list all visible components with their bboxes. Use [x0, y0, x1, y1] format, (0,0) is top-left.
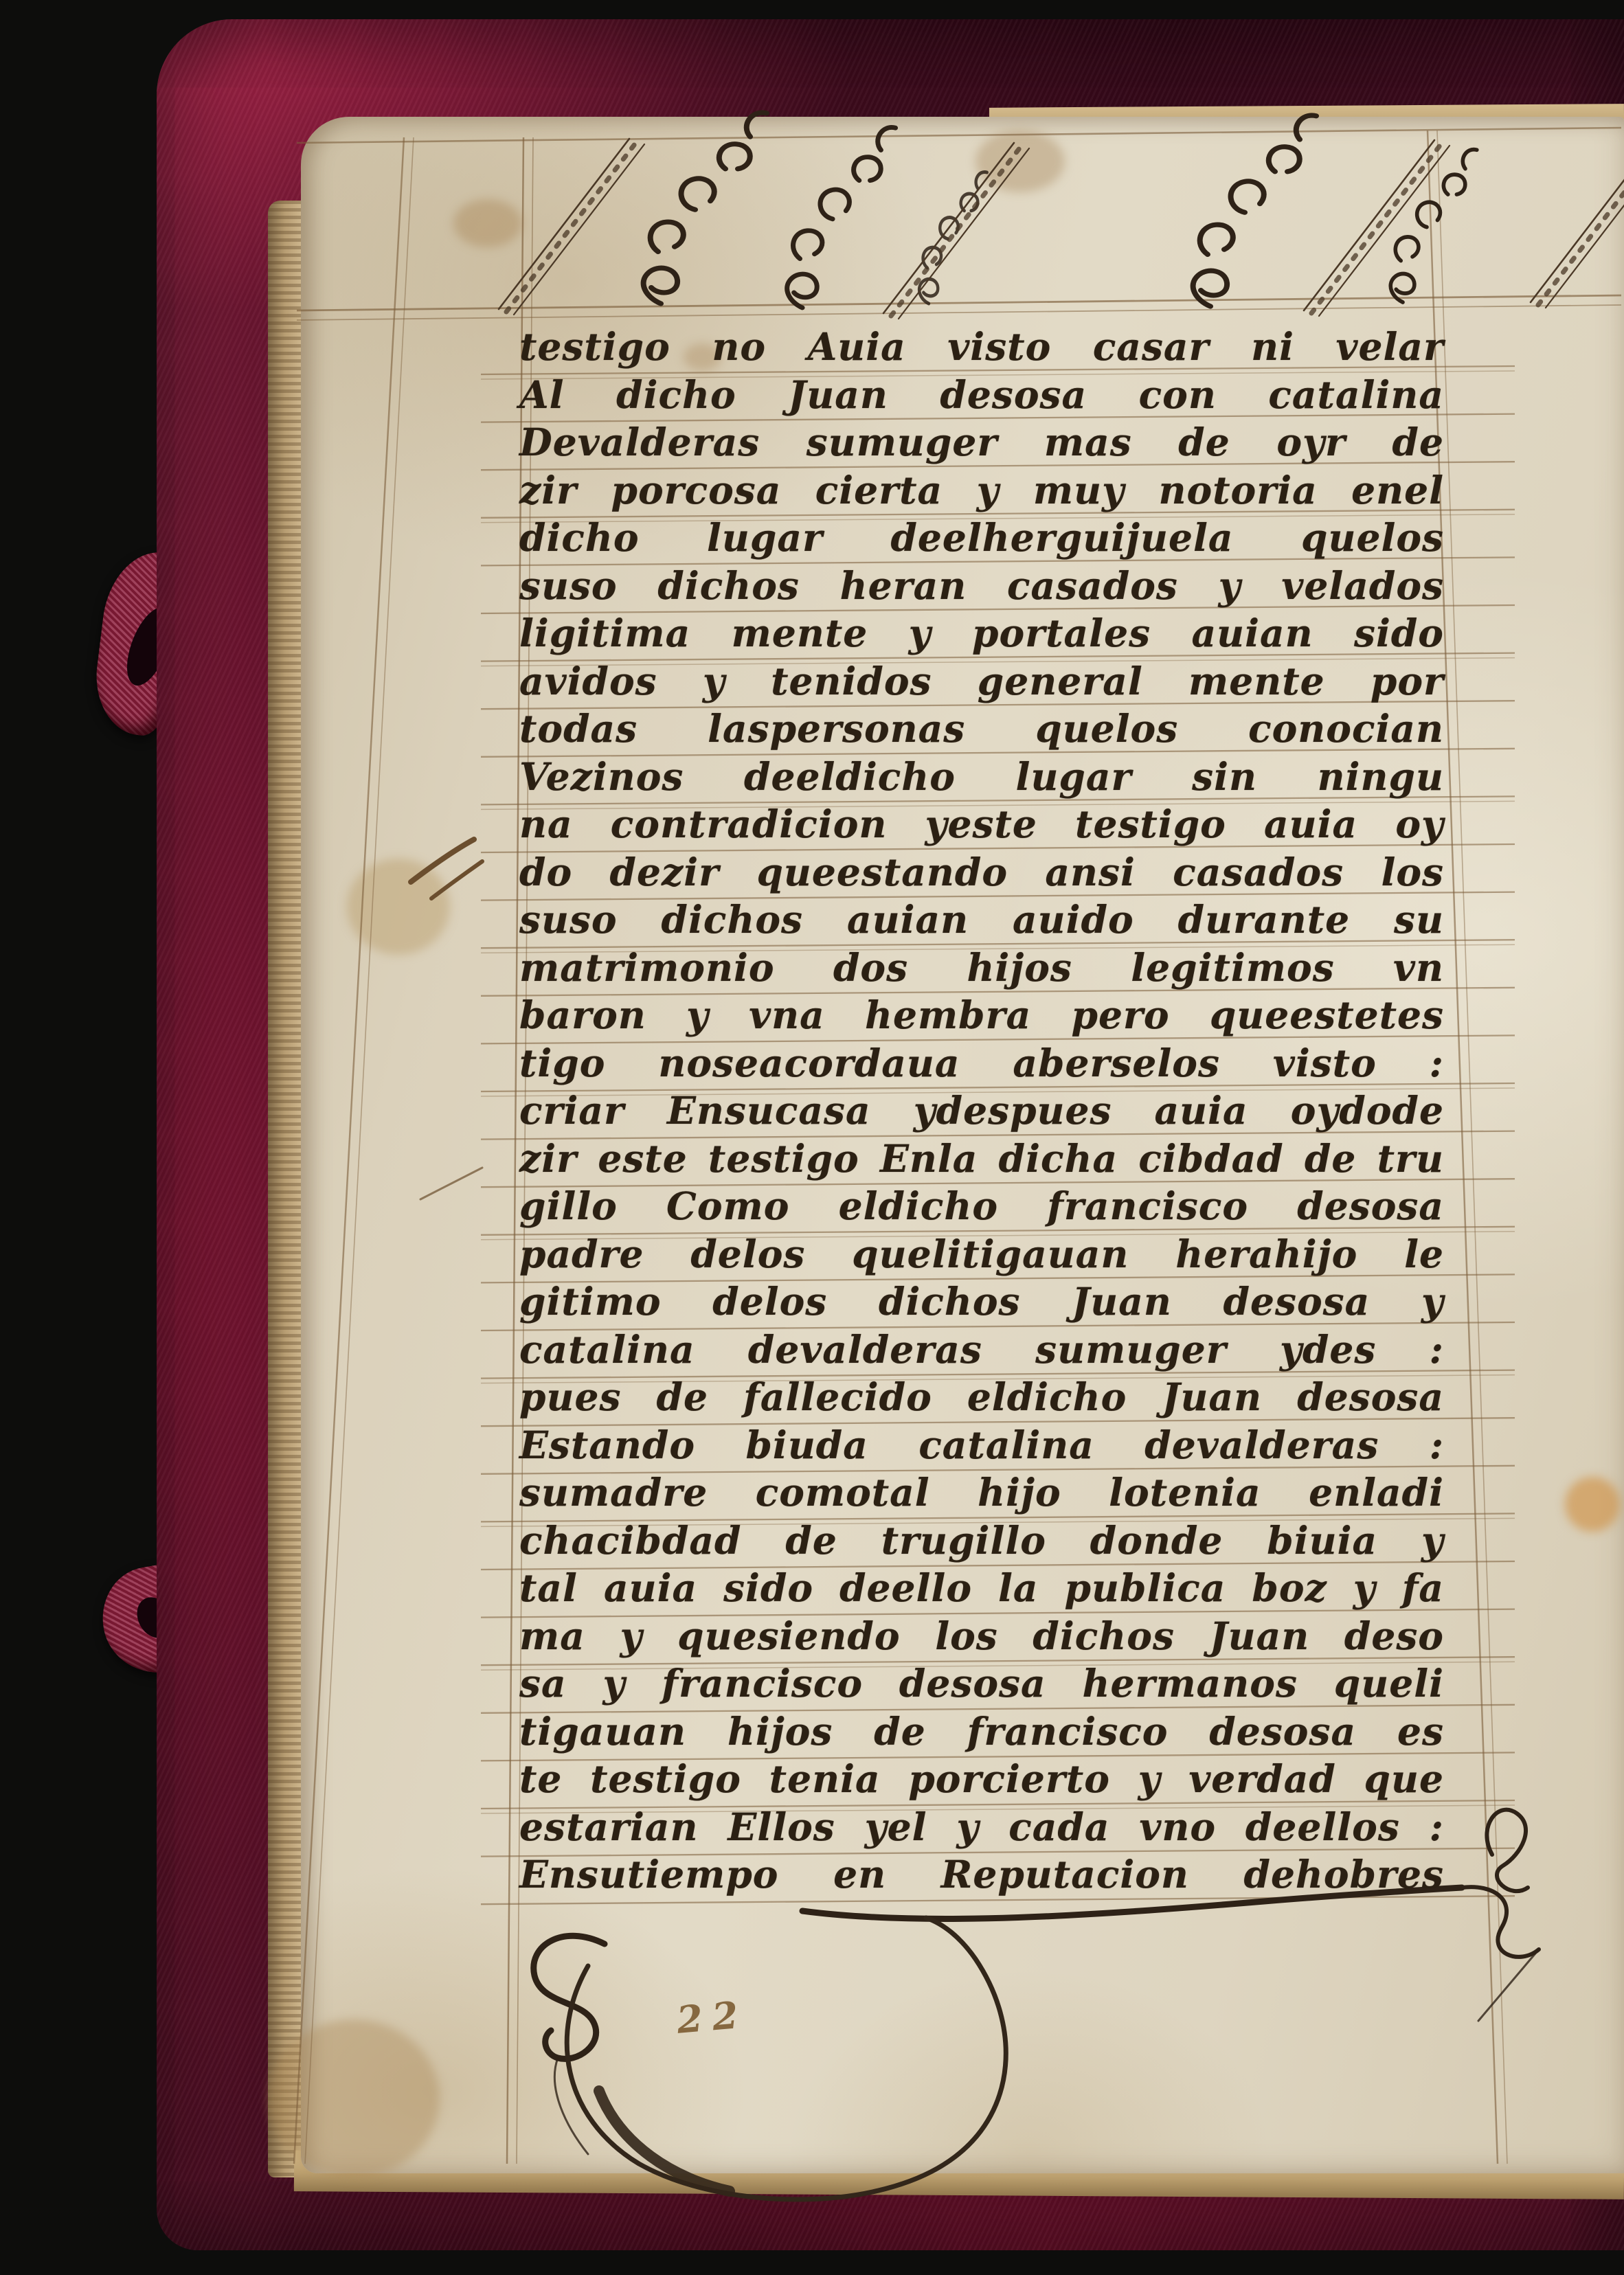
- text-line: avidos y tenidos general mente por: [519, 659, 1444, 707]
- text-line: na contradicion yeste testigo auia oy: [519, 802, 1444, 850]
- end-of-text-flourish: [1487, 1810, 1528, 1891]
- oval-pen-loop: [567, 1918, 1006, 2199]
- text-line: suso dichos auian auido durante su: [519, 897, 1444, 945]
- manuscript-text: testigo no Auia visto casar ni velarAl d…: [519, 324, 1444, 1900]
- text-line: zir porcosa cierta y muy notoria enel: [519, 468, 1444, 516]
- text-line: gitimo delos dichos Juan desosa y: [519, 1279, 1444, 1327]
- text-line: testigo no Auia visto casar ni velar: [519, 324, 1444, 372]
- text-line: Al dicho Juan desosa con catalina: [519, 372, 1444, 420]
- text-line: Vezinos deeldicho lugar sin ningu: [519, 754, 1444, 802]
- text-line: todas laspersonas quelos conocian: [519, 706, 1444, 754]
- text-line: tigauan hijos de francisco desosa es: [519, 1709, 1444, 1757]
- text-line: Estando biuda catalina devalderas :: [519, 1423, 1444, 1471]
- text-line: pues de fallecido eldicho Juan desosa: [519, 1374, 1444, 1423]
- text-line: dicho lugar deelherguijuela quelos: [519, 515, 1444, 563]
- text-line: tigo noseacordaua aberselos visto :: [519, 1041, 1444, 1089]
- text-line: do dezir queestando ansi casados los: [519, 850, 1444, 898]
- text-line: zir este testigo Enla dicha cibdad de tr…: [519, 1136, 1444, 1184]
- text-line: suso dichos heran casados y velados: [519, 563, 1444, 611]
- photograph-stage: testigo no Auia visto casar ni velarAl d…: [0, 0, 1624, 2275]
- text-line: catalina devalderas sumuger ydes :: [519, 1327, 1444, 1375]
- text-line: Devalderas sumuger mas de oyr de: [519, 420, 1444, 468]
- text-line: criar Ensucasa ydespues auia oydode: [519, 1088, 1444, 1136]
- text-line: tal auia sido deello la publica boz y fa: [519, 1565, 1444, 1614]
- text-line: Ensutiempo en Reputacion dehobres: [519, 1852, 1444, 1900]
- text-line: baron y vna hembra pero queestetes: [519, 993, 1444, 1041]
- text-line: gillo Como eldicho francisco desosa: [519, 1184, 1444, 1232]
- text-line: estarian Ellos yel y cada vno deellos :: [519, 1804, 1444, 1853]
- text-line: chacibdad de trugillo donde biuia y: [519, 1518, 1444, 1566]
- underline-flourish: [802, 1887, 1539, 2021]
- text-line: sumadre comotal hijo lotenia enladi: [519, 1470, 1444, 1518]
- top-flourish-band: [499, 113, 1624, 319]
- text-line: padre delos quelitigauan herahijo le: [519, 1232, 1444, 1280]
- text-line: te testigo tenia porcierto y verdad que: [519, 1756, 1444, 1804]
- text-line: ma y quesiendo los dichos Juan deso: [519, 1614, 1444, 1662]
- margin-mark-double-slash: [411, 839, 482, 1199]
- text-line: sa y francisco desosa hermanos queli: [519, 1661, 1444, 1709]
- text-line: matrimonio dos hijos legitimos vn: [519, 945, 1444, 993]
- text-line: ligitima mente y portales auian sido: [519, 611, 1444, 659]
